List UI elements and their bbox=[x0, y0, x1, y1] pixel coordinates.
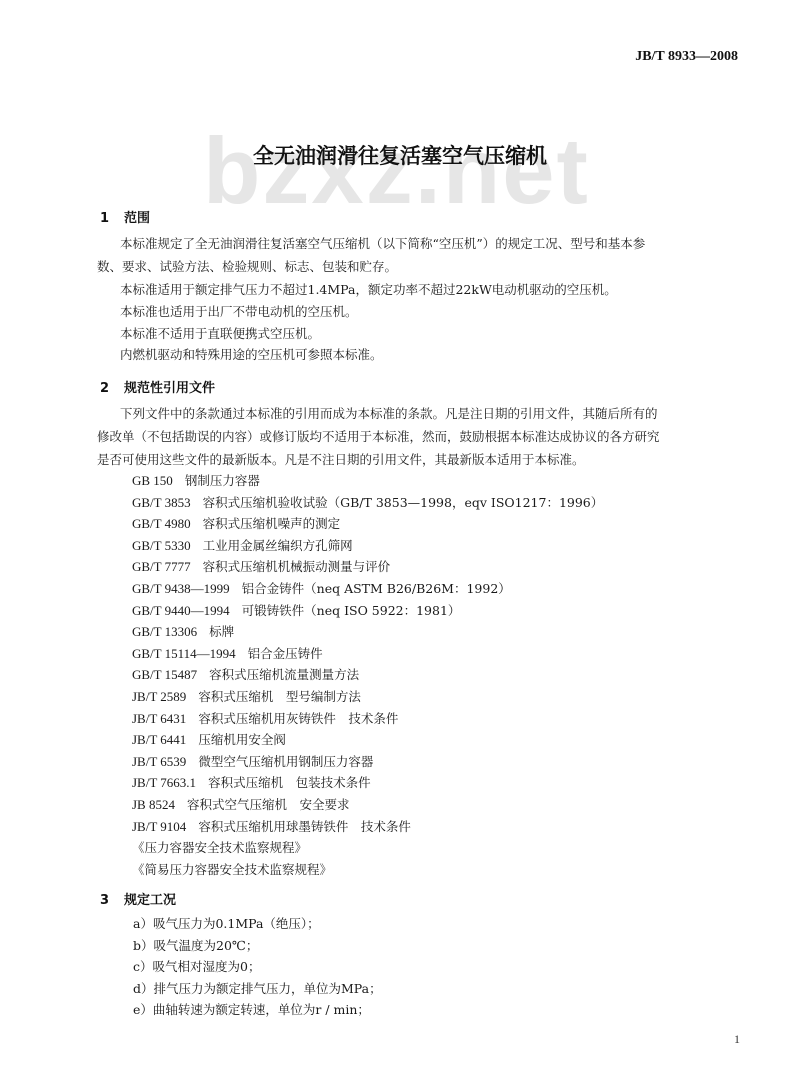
reference-item: JB/T 2589容积式压缩机 型号编制方法 bbox=[132, 689, 603, 711]
reference-code: GB 150 bbox=[132, 473, 173, 488]
reference-title: 标牌 bbox=[209, 624, 234, 639]
reference-item: JB/T 6441压缩机用安全阀 bbox=[132, 732, 603, 754]
reference-title: 容积式压缩机流量测量方法 bbox=[209, 667, 359, 682]
reference-title: 微型空气压缩机用钢制压力容器 bbox=[198, 754, 373, 769]
reference-list: GB 150钢制压力容器 GB/T 3853容积式压缩机验收试验（GB/T 38… bbox=[132, 473, 603, 883]
condition-list: a）吸气压力为0.1MPa（绝压）； b）吸气温度为20℃； c）吸气相对湿度为… bbox=[133, 916, 382, 1024]
document-title: 全无油润滑往复活塞空气压缩机 bbox=[0, 140, 800, 170]
condition-item: a）吸气压力为0.1MPa（绝压）； bbox=[133, 916, 382, 938]
paragraph-line: 本标准也适用于出厂不带电动机的空压机。 bbox=[120, 304, 358, 320]
reference-item: GB/T 5330工业用金属丝编织方孔筛网 bbox=[132, 538, 603, 560]
reference-code: JB 8524 bbox=[132, 797, 175, 812]
reference-title: 可锻铸铁件（neq ISO 5922：1981） bbox=[242, 603, 461, 618]
paragraph-line: 本标准规定了全无油润滑往复活塞空气压缩机（以下简称“空压机”）的规定工况、型号和… bbox=[120, 236, 645, 252]
reference-item: GB/T 15487容积式压缩机流量测量方法 bbox=[132, 667, 603, 689]
section-number: 2 bbox=[100, 381, 124, 396]
reference-title: 《压力容器安全技术监察规程》 bbox=[132, 840, 307, 855]
page-number: 1 bbox=[734, 1032, 740, 1047]
section-number: 1 bbox=[100, 211, 124, 226]
reference-title: 容积式压缩机 包装技术条件 bbox=[208, 775, 371, 790]
reference-code: GB/T 15114—1994 bbox=[132, 646, 236, 661]
reference-code: GB/T 7777 bbox=[132, 559, 191, 574]
reference-code: GB/T 3853 bbox=[132, 495, 191, 510]
reference-code: GB/T 13306 bbox=[132, 624, 197, 639]
condition-item: b）吸气温度为20℃； bbox=[133, 938, 382, 960]
section-title: 规定工况 bbox=[124, 893, 176, 908]
reference-title: 容积式压缩机机械振动测量与评价 bbox=[203, 559, 391, 574]
reference-code: GB/T 15487 bbox=[132, 667, 197, 682]
reference-item: JB 8524容积式空气压缩机 安全要求 bbox=[132, 797, 603, 819]
paragraph-line: 下列文件中的条款通过本标准的引用而成为本标准的条款。凡是注日期的引用文件，其随后… bbox=[120, 406, 658, 422]
reference-title: 容积式压缩机 型号编制方法 bbox=[198, 689, 361, 704]
section-heading-normative-references: 2规范性引用文件 bbox=[100, 377, 215, 396]
reference-code: GB/T 4980 bbox=[132, 516, 191, 531]
reference-title: 容积式压缩机验收试验（GB/T 3853—1998，eqv ISO1217：19… bbox=[203, 495, 604, 510]
reference-item: JB/T 9104容积式压缩机用球墨铸铁件 技术条件 bbox=[132, 819, 603, 841]
section-title: 规范性引用文件 bbox=[124, 381, 215, 396]
reference-code: JB/T 7663.1 bbox=[132, 775, 196, 790]
reference-code: JB/T 6431 bbox=[132, 711, 186, 726]
reference-item: GB/T 4980容积式压缩机噪声的测定 bbox=[132, 516, 603, 538]
reference-item: 《简易压力容器安全技术监察规程》 bbox=[132, 862, 603, 884]
reference-item: JB/T 6431容积式压缩机用灰铸铁件 技术条件 bbox=[132, 711, 603, 733]
paragraph-line: 是否可使用这些文件的最新版本。凡是不注日期的引用文件，其最新版本适用于本标准。 bbox=[97, 452, 585, 468]
reference-item: GB/T 13306标牌 bbox=[132, 624, 603, 646]
reference-item: GB/T 9438—1999铝合金铸件（neq ASTM B26/B26M：19… bbox=[132, 581, 603, 603]
paragraph-line: 内燃机驱动和特殊用途的空压机可参照本标准。 bbox=[120, 347, 383, 363]
reference-code: GB/T 9440—1994 bbox=[132, 603, 230, 618]
reference-item: GB 150钢制压力容器 bbox=[132, 473, 603, 495]
reference-title: 容积式压缩机噪声的测定 bbox=[203, 516, 341, 531]
reference-item: GB/T 15114—1994铝合金压铸件 bbox=[132, 646, 603, 668]
reference-code: JB/T 9104 bbox=[132, 819, 186, 834]
condition-item: e）曲轴转速为额定转速，单位为r / min； bbox=[133, 1002, 382, 1024]
reference-item: GB/T 3853容积式压缩机验收试验（GB/T 3853—1998，eqv I… bbox=[132, 495, 603, 517]
reference-item: 《压力容器安全技术监察规程》 bbox=[132, 840, 603, 862]
paragraph-line: 修改单（不包括勘误的内容）或修订版均不适用于本标准，然而，鼓励根据本标准达成协议… bbox=[97, 429, 660, 445]
reference-title: 工业用金属丝编织方孔筛网 bbox=[203, 538, 353, 553]
section-heading-scope: 1范围 bbox=[100, 207, 150, 226]
watermark: bzxz.net bbox=[203, 124, 563, 218]
section-title: 范围 bbox=[124, 211, 150, 226]
section-heading-rated-conditions: 3规定工况 bbox=[100, 889, 176, 908]
reference-item: GB/T 7777容积式压缩机机械振动测量与评价 bbox=[132, 559, 603, 581]
reference-code: JB/T 2589 bbox=[132, 689, 186, 704]
condition-item: d）排气压力为额定排气压力，单位为MPa； bbox=[133, 981, 382, 1003]
reference-title: 容积式空气压缩机 安全要求 bbox=[187, 797, 350, 812]
reference-code: JB/T 6441 bbox=[132, 732, 186, 747]
reference-item: JB/T 7663.1容积式压缩机 包装技术条件 bbox=[132, 775, 603, 797]
reference-title: 铝合金压铸件 bbox=[248, 646, 323, 661]
section-number: 3 bbox=[100, 893, 124, 908]
paragraph-line: 数、要求、试验方法、检验规则、标志、包装和贮存。 bbox=[97, 259, 397, 275]
reference-title: 钢制压力容器 bbox=[185, 473, 260, 488]
reference-code: GB/T 5330 bbox=[132, 538, 191, 553]
reference-title: 容积式压缩机用球墨铸铁件 技术条件 bbox=[198, 819, 411, 834]
reference-title: 铝合金铸件（neq ASTM B26/B26M：1992） bbox=[242, 581, 511, 596]
standard-number: JB/T 8933—2008 bbox=[635, 49, 738, 65]
paragraph-line: 本标准适用于额定排气压力不超过1.4MPa，额定功率不超过22kW电动机驱动的空… bbox=[120, 282, 617, 298]
reference-title: 《简易压力容器安全技术监察规程》 bbox=[132, 862, 332, 877]
reference-item: GB/T 9440—1994可锻铸铁件（neq ISO 5922：1981） bbox=[132, 603, 603, 625]
reference-title: 压缩机用安全阀 bbox=[198, 732, 286, 747]
condition-item: c）吸气相对湿度为0； bbox=[133, 959, 382, 981]
reference-title: 容积式压缩机用灰铸铁件 技术条件 bbox=[198, 711, 398, 726]
reference-code: JB/T 6539 bbox=[132, 754, 186, 769]
reference-item: JB/T 6539微型空气压缩机用钢制压力容器 bbox=[132, 754, 603, 776]
reference-code: GB/T 9438—1999 bbox=[132, 581, 230, 596]
paragraph-line: 本标准不适用于直联便携式空压机。 bbox=[120, 326, 320, 342]
